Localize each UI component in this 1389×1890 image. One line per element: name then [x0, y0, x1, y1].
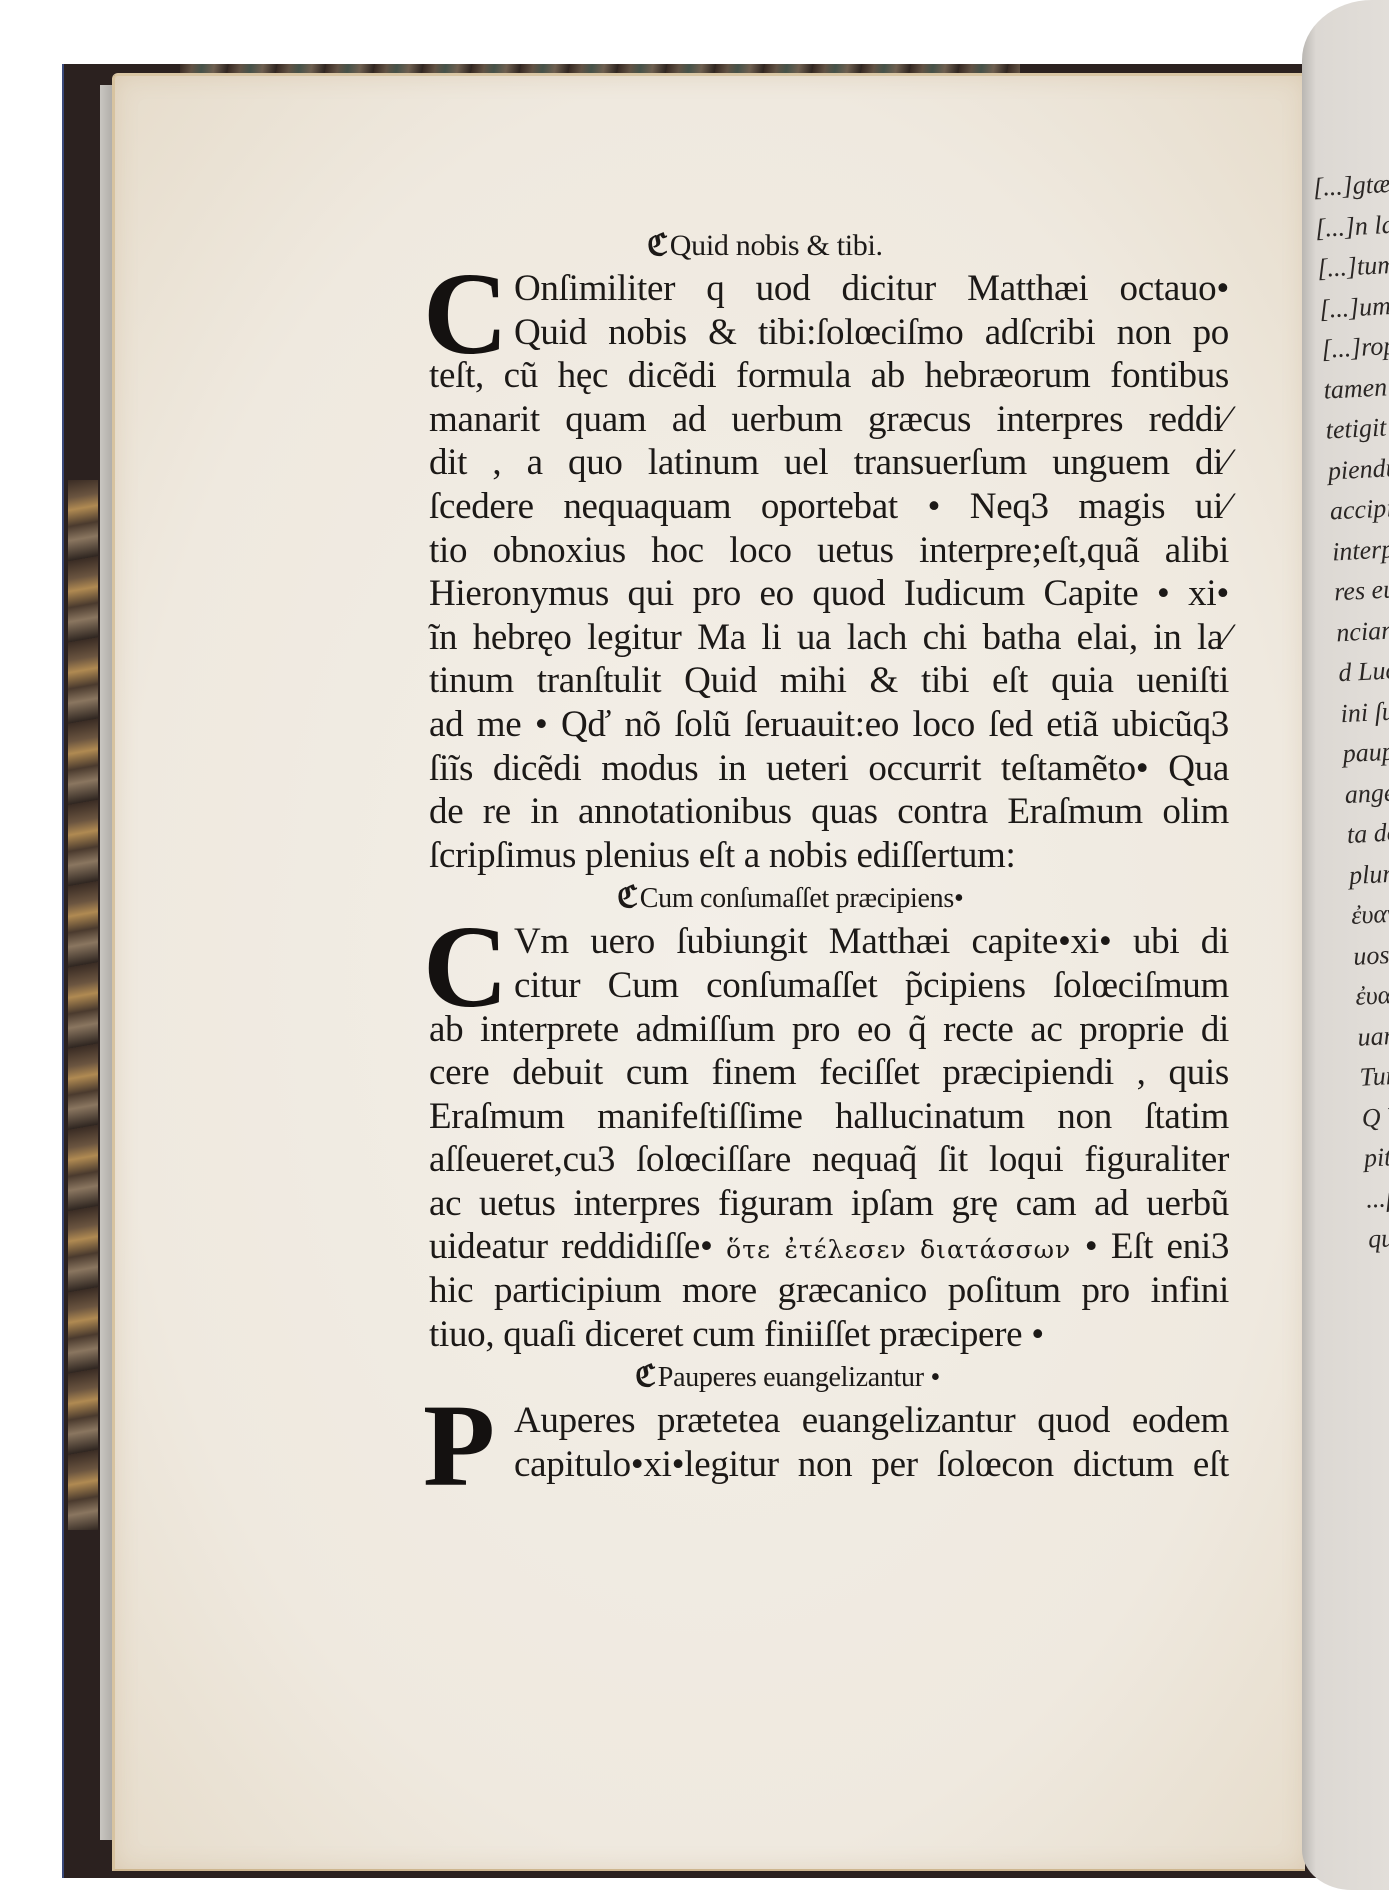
- text-line: Eraſmum manifeſtiſſime hallucinatum non …: [429, 1095, 1229, 1139]
- paragraph-mark-icon: ℭ: [635, 1360, 656, 1393]
- text-line: tinum tranſtulit Quid mihi & tibi eſt qu…: [429, 659, 1229, 703]
- text-line: manarit quam ad uerbum græcus interpres …: [429, 398, 1229, 442]
- paragraph-mark-icon: ℭ: [647, 229, 668, 262]
- facing-line: pite.xv. T: [1363, 1130, 1389, 1179]
- text-line: teſt, cũ hęc dicẽdi formula ab hebræorum…: [429, 354, 1229, 398]
- paragraph-mark-icon: ℭ: [617, 881, 638, 914]
- heading-text: Quid nobis & tibi.: [670, 229, 883, 262]
- facing-line: [...]roprietaté? An non id: [1320, 321, 1389, 370]
- section-heading: ℭCum conſumaſſet præcipiens•: [429, 877, 1229, 920]
- facing-line: [...]gtæca prius figura: [1312, 160, 1389, 209]
- facing-page-text: [...]gtæca prius figura [...]n latine di…: [1312, 160, 1389, 1260]
- text-line: ſiĩs dicẽdi modus in ueteri occurrit teſ…: [429, 747, 1229, 791]
- facing-line: ἐυαγγελίσει: [1350, 888, 1389, 937]
- section-heading: ℭPauperes euangelizantur •: [429, 1356, 1229, 1399]
- facing-line: d Lucę capite. ii: [1337, 645, 1389, 694]
- text-line-with-greek: uideatur reddidiſſe• ὅτε ἐτέλεσεν διατάσ…: [429, 1225, 1229, 1269]
- facing-line: tetigit pudendo erro: [1325, 402, 1389, 451]
- text-line: de re in annotationibus quas contra Eraſ…: [429, 790, 1229, 834]
- heading-text: Cum conſumaſſet præcipiens•: [640, 883, 964, 914]
- text-line: Hieronymus qui pro eo quod Iudicum Capit…: [429, 572, 1229, 616]
- facing-line: [...]tum quippiã illis nũcia: [1316, 241, 1389, 290]
- text-line: Auperes prætetea euangelizantur quod eod…: [429, 1399, 1229, 1443]
- greek-phrase: ὅτε ἐτέλεσεν διατάσσων: [726, 1235, 1071, 1264]
- text-line: ĩn hebręo legitur Ma li ua lach chi bath…: [429, 616, 1229, 660]
- facing-line: Tunc acceſſerunt: [1359, 1049, 1389, 1098]
- text-line: hic participium more græcanico poſitum p…: [429, 1269, 1229, 1313]
- text-line: Onſimiliter q uod dicitur Matthæi octauo…: [429, 267, 1229, 311]
- marbled-endpaper: [68, 480, 98, 1530]
- facing-line: ta deponentali ſignifi: [1346, 807, 1389, 856]
- section-heading: ℭQuid nobis & tibi.: [429, 225, 1229, 267]
- paragraph: P Auperes prætetea euangelizantur quod e…: [429, 1399, 1229, 1486]
- facing-line: ἐυαγγελ: [1354, 969, 1389, 1018]
- heading-text: Pauperes euangelizantur •: [658, 1362, 940, 1393]
- drop-cap: P: [423, 1401, 495, 1491]
- text-line: ac uetus interpres figuram ipſam grę cam…: [429, 1182, 1229, 1226]
- paragraph: C Onſimiliter q uod dicitur Matthæi octa…: [429, 267, 1229, 877]
- facing-line: [...]n latine dici non ſole: [1314, 200, 1389, 249]
- text-line: tio obnoxius hoc loco uetus interpre;eſt…: [429, 529, 1229, 573]
- facing-line: accipi debet, ſed p: [1329, 483, 1389, 532]
- paragraph: C Vm uero ſubiungit Matthæi capite•xi• u…: [429, 920, 1229, 1356]
- text-line: Quid nobis & tibi:ſolœciſmo adſcribi non…: [429, 311, 1229, 355]
- facing-line: quod debuit transf: [1367, 1211, 1389, 1260]
- text-line: ſcripſimus plenius eſt a nobis ediſſertu…: [429, 834, 1229, 878]
- text-line: citur Cum conſumaſſet p̃cipiens ſolœciſm…: [429, 964, 1229, 1008]
- text-line: dit , a quo latinum uel transuerſum ungu…: [429, 441, 1229, 485]
- text-line: ſcedere nequaquam oportebat • Neq3 magis…: [429, 485, 1229, 529]
- text-line: Vm uero ſubiungit Matthæi capite•xi• ubi…: [429, 920, 1229, 964]
- text-line: capitulo•xi•legitur non per ſolœcon dict…: [429, 1443, 1229, 1487]
- facing-line: tamen annotandum: [1323, 362, 1389, 411]
- drop-cap: C: [423, 269, 508, 359]
- latin-text: uideatur reddidiſſe•: [429, 1226, 713, 1267]
- drop-cap: C: [423, 922, 508, 1012]
- text-line: ad me • Qď nõ ſolũ ſeruauit:eo loco ſed …: [429, 703, 1229, 747]
- facing-line: pauperibus mi: [1342, 726, 1389, 775]
- latin-text: • Eſt eni3: [1085, 1226, 1229, 1267]
- facing-line: res euangelizare,: [1333, 564, 1389, 613]
- main-text-block: ℭQuid nobis & tibi. C Onſimiliter q uod …: [429, 225, 1229, 1486]
- text-line: ab interprete admiſſum pro eo q̃ recte a…: [429, 1008, 1229, 1052]
- text-line: aſſeueret,cu3 ſolœciſſare nequaq̃ ſit lo…: [429, 1138, 1229, 1182]
- text-line: cere debuit cum finem feciſſet præcipien…: [429, 1051, 1229, 1095]
- text-line: tiuo, quaſi diceret cum finiiſſet præcip…: [429, 1313, 1229, 1357]
- facing-line: [...]um e græco quis transf: [1318, 281, 1389, 330]
- facing-recto-page: [...]gtæca prius figura [...]n latine di…: [1302, 0, 1389, 1890]
